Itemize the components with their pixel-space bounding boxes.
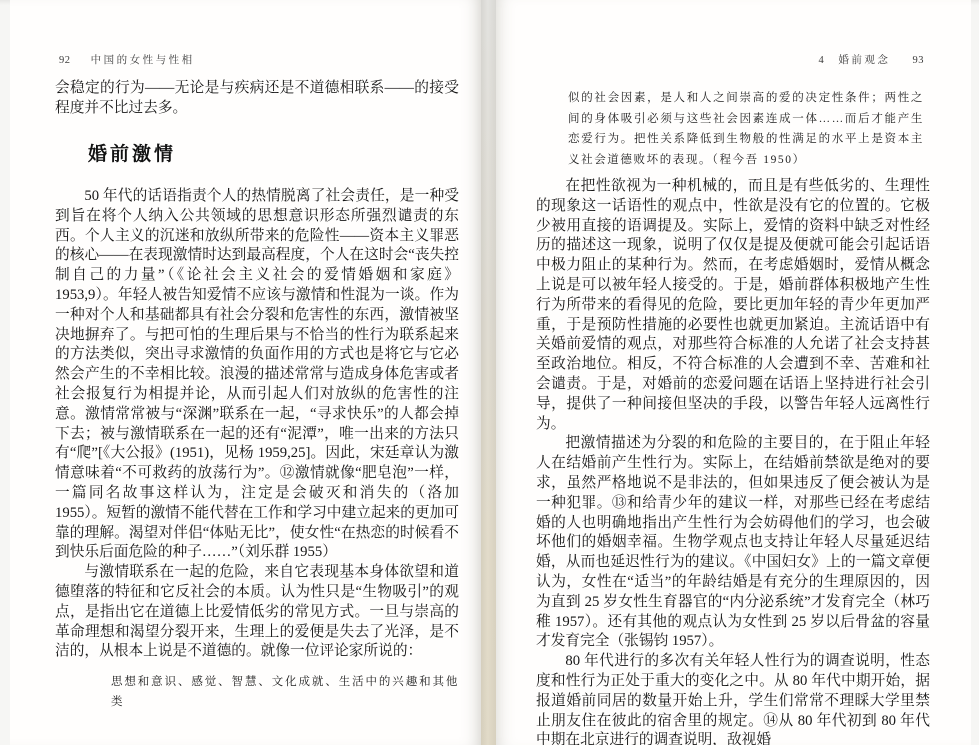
block-quote-continuation: 似的社会因素，是人和人之间崇高的爱的决定性条件；两性之间的身体吸引必须与这些社会… [568,88,924,170]
left-page-text: 50 年代的话语指责个人的热情脱离了社会责任，是一种受到旨在将个人纳入公共领域的… [55,187,459,712]
left-page: 92 中国的女性与性相 会稳定的行为——无论是与疾病还是不道德相联系——的接受程… [10,0,481,745]
running-head-left: 92 中国的女性与性相 [55,52,195,67]
paragraph: 会稳定的行为——无论是与疾病还是不道德相联系——的接受程度并不比过去多。 [55,79,459,119]
section-heading: 婚前激情 [88,139,176,166]
paragraph: 80 年代进行的多次有关年轻人性行为的调查说明，性态度和性行为正处于重大的变化之… [536,652,930,745]
paragraph: 50 年代的话语指责个人的热情脱离了社会责任，是一种受到旨在将个人纳入公共领域的… [55,187,459,563]
block-quote: 思想和意识、感觉、智慧、文化成就、生活中的兴趣和其他类 [111,672,459,712]
chapter-number: 4 [819,55,825,66]
paragraph: 在把性欲视为一种机械的，而且是有些低劣的、生理性的现象这一话语性的观点中，性欲是… [536,177,930,434]
scanned-book-spread: 92 中国的女性与性相 会稳定的行为——无论是与疾病还是不道德相联系——的接受程… [0,0,979,745]
paragraph: 把激情描述为分裂的和危险的主要目的，在于阻止年轻人在结婚前产生性行为。实际上，在… [536,434,930,652]
right-page-text: 似的社会因素，是人和人之间崇高的爱的决定性条件；两性之间的身体吸引必须与这些社会… [536,88,930,745]
running-head-right: 4 婚前观念 93 [815,52,929,67]
chapter-title: 婚前观念 [838,55,890,66]
page-gutter-shadow [481,0,496,745]
running-title: 中国的女性与性相 [91,55,195,66]
continuation-paragraph: 会稳定的行为——无论是与疾病还是不道德相联系——的接受程度并不比过去多。 [55,79,459,119]
left-page-number: 92 [59,55,71,66]
right-page: 4 婚前观念 93 似的社会因素，是人和人之间崇高的爱的决定性条件；两性之间的身… [496,0,971,745]
right-page-number: 93 [913,55,925,66]
paragraph: 与激情联系在一起的危险，来自它表现基本身体欲望和道德堕落的特征和它反社会的本质。… [55,563,459,662]
